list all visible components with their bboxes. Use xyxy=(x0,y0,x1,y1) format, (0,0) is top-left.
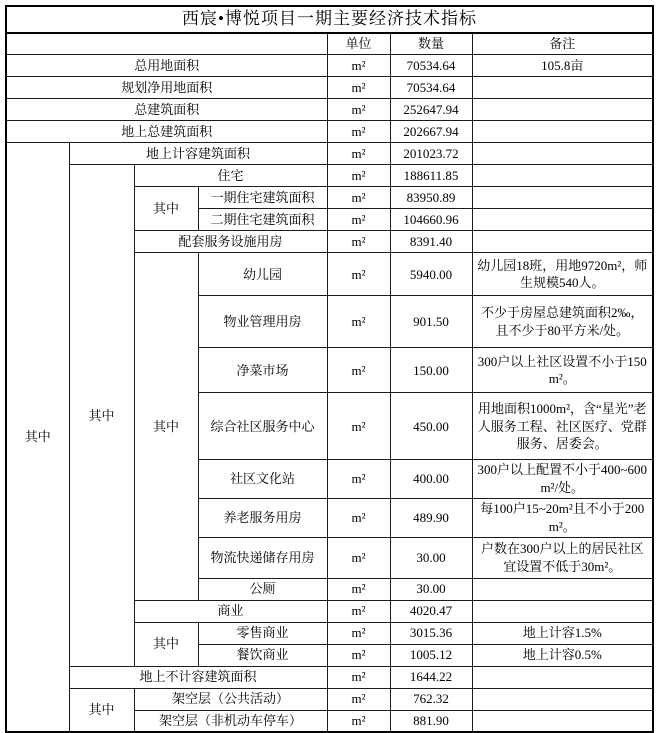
remark-cell: 户数在300户以上的居民社区宜设置不低于30m²。 xyxy=(472,537,653,578)
indicators-table: 西宸•博悦项目一期主要经济技术指标 单位 数量 备注 总用地面积 m² 7053… xyxy=(5,5,654,733)
remark-cell: 地上计容1.5% xyxy=(472,622,653,644)
remark-cell: 每100户15~20m²且不小于200m²。 xyxy=(472,498,653,537)
table-row: 其中 住宅 m² 188611.85 xyxy=(6,165,653,187)
qty-cell: 201023.72 xyxy=(390,143,472,165)
unit-cell: m² xyxy=(327,165,390,187)
row-label: 架空层（公共活动） xyxy=(134,688,327,710)
unit-cell: m² xyxy=(327,143,390,165)
unit-cell: m² xyxy=(327,121,390,143)
qty-cell: 188611.85 xyxy=(390,165,472,187)
qty-cell: 3015.36 xyxy=(390,622,472,644)
qty-cell: 1644.22 xyxy=(390,666,472,688)
remark-cell xyxy=(472,688,653,710)
unit-cell: m² xyxy=(327,253,390,296)
remark-cell xyxy=(472,231,653,253)
remark-cell xyxy=(472,600,653,622)
row-label: 一期住宅建筑面积 xyxy=(198,187,327,209)
qty-cell: 150.00 xyxy=(390,348,472,393)
remark-cell xyxy=(472,578,653,600)
unit-cell: m² xyxy=(327,393,390,460)
remark-cell: 105.8亩 xyxy=(472,55,653,77)
remark-cell xyxy=(472,121,653,143)
remark-cell xyxy=(472,165,653,187)
header-blank-cell xyxy=(6,33,327,55)
qty-cell: 489.90 xyxy=(390,498,472,537)
remark-cell: 300户以上配置不小于400~600m²/处。 xyxy=(472,460,653,498)
qty-cell: 83950.89 xyxy=(390,187,472,209)
remark-cell xyxy=(472,77,653,99)
qty-cell: 8391.40 xyxy=(390,231,472,253)
unit-cell: m² xyxy=(327,55,390,77)
table-row: 其中 架空层（公共活动） m² 762.32 xyxy=(6,688,653,710)
unit-cell: m² xyxy=(327,460,390,498)
qty-cell: 30.00 xyxy=(390,537,472,578)
table-row: 地上总建筑面积 m² 202667.94 xyxy=(6,121,653,143)
qty-cell: 70534.64 xyxy=(390,77,472,99)
unit-cell: m² xyxy=(327,296,390,348)
qty-cell: 901.50 xyxy=(390,296,472,348)
remark-cell: 地上计容0.5% xyxy=(472,644,653,666)
row-label: 地上计容建筑面积 xyxy=(69,143,327,165)
header-remark: 备注 xyxy=(472,33,653,55)
qty-cell: 400.00 xyxy=(390,460,472,498)
table-row: 单位 数量 备注 xyxy=(6,33,653,55)
unit-cell: m² xyxy=(327,231,390,253)
unit-cell: m² xyxy=(327,348,390,393)
table-row: 地上不计容建筑面积 m² 1644.22 xyxy=(6,666,653,688)
remark-cell: 300户以上社区设置不小于150m²。 xyxy=(472,348,653,393)
page-title: 西宸•博悦项目一期主要经济技术指标 xyxy=(6,6,653,33)
unit-cell: m² xyxy=(327,77,390,99)
unit-cell: m² xyxy=(327,209,390,231)
remark-cell xyxy=(472,209,653,231)
unit-cell: m² xyxy=(327,622,390,644)
unit-cell: m² xyxy=(327,710,390,732)
unit-cell: m² xyxy=(327,600,390,622)
qty-cell: 4020.47 xyxy=(390,600,472,622)
remark-cell xyxy=(472,143,653,165)
row-label: 二期住宅建筑面积 xyxy=(198,209,327,231)
group-cell-among-residential: 其中 xyxy=(134,187,198,231)
row-label: 总建筑面积 xyxy=(6,99,327,121)
qty-cell: 104660.96 xyxy=(390,209,472,231)
remark-cell xyxy=(472,710,653,732)
qty-cell: 202667.94 xyxy=(390,121,472,143)
group-cell-among-level2: 其中 xyxy=(69,165,134,666)
qty-cell: 5940.00 xyxy=(390,253,472,296)
group-cell-among-commerce: 其中 xyxy=(134,622,198,666)
header-qty: 数量 xyxy=(390,33,472,55)
row-label: 商业 xyxy=(134,600,327,622)
unit-cell: m² xyxy=(327,99,390,121)
group-cell-among-level1: 其中 xyxy=(6,143,69,732)
row-label: 公厕 xyxy=(198,578,327,600)
row-label: 总用地面积 xyxy=(6,55,327,77)
qty-cell: 762.32 xyxy=(390,688,472,710)
row-label: 幼儿园 xyxy=(198,253,327,296)
row-label: 社区文化站 xyxy=(198,460,327,498)
row-label: 架空层（非机动车停车） xyxy=(134,710,327,732)
remark-cell: 用地面积1000m²，含“星光”老人服务工程、社区医疗、党群服务、居委会。 xyxy=(472,393,653,460)
row-label: 物业管理用房 xyxy=(198,296,327,348)
row-label: 配套服务设施用房 xyxy=(134,231,327,253)
unit-cell: m² xyxy=(327,688,390,710)
remark-cell: 不少于房屋总建筑面积2‰，且不少于80平方米/处。 xyxy=(472,296,653,348)
remark-cell: 幼儿园18班，用地9720m²，师生规模540人。 xyxy=(472,253,653,296)
table-row: 规划净用地面积 m² 70534.64 xyxy=(6,77,653,99)
row-label: 零售商业 xyxy=(198,622,327,644)
qty-cell: 881.90 xyxy=(390,710,472,732)
remark-cell xyxy=(472,99,653,121)
row-label: 物流快递储存用房 xyxy=(198,537,327,578)
row-label: 养老服务用房 xyxy=(198,498,327,537)
row-label: 地上不计容建筑面积 xyxy=(69,666,327,688)
unit-cell: m² xyxy=(327,187,390,209)
remark-cell xyxy=(472,666,653,688)
row-label: 规划净用地面积 xyxy=(6,77,327,99)
unit-cell: m² xyxy=(327,498,390,537)
table-row: 总建筑面积 m² 252647.94 xyxy=(6,99,653,121)
header-unit: 单位 xyxy=(327,33,390,55)
group-cell-among-noncapacity: 其中 xyxy=(69,688,134,732)
table-row: 其中 地上计容建筑面积 m² 201023.72 xyxy=(6,143,653,165)
row-label: 综合社区服务中心 xyxy=(198,393,327,460)
qty-cell: 70534.64 xyxy=(390,55,472,77)
row-label: 净菜市场 xyxy=(198,348,327,393)
document-page: 西宸•博悦项目一期主要经济技术指标 单位 数量 备注 总用地面积 m² 7053… xyxy=(0,0,659,732)
table-row: 西宸•博悦项目一期主要经济技术指标 xyxy=(6,6,653,33)
group-cell-among-facilities: 其中 xyxy=(134,253,198,600)
row-label: 住宅 xyxy=(134,165,327,187)
table-row: 总用地面积 m² 70534.64 105.8亩 xyxy=(6,55,653,77)
unit-cell: m² xyxy=(327,666,390,688)
remark-cell xyxy=(472,187,653,209)
qty-cell: 252647.94 xyxy=(390,99,472,121)
qty-cell: 30.00 xyxy=(390,578,472,600)
unit-cell: m² xyxy=(327,578,390,600)
row-label: 餐饮商业 xyxy=(198,644,327,666)
unit-cell: m² xyxy=(327,644,390,666)
qty-cell: 450.00 xyxy=(390,393,472,460)
qty-cell: 1005.12 xyxy=(390,644,472,666)
row-label: 地上总建筑面积 xyxy=(6,121,327,143)
unit-cell: m² xyxy=(327,537,390,578)
